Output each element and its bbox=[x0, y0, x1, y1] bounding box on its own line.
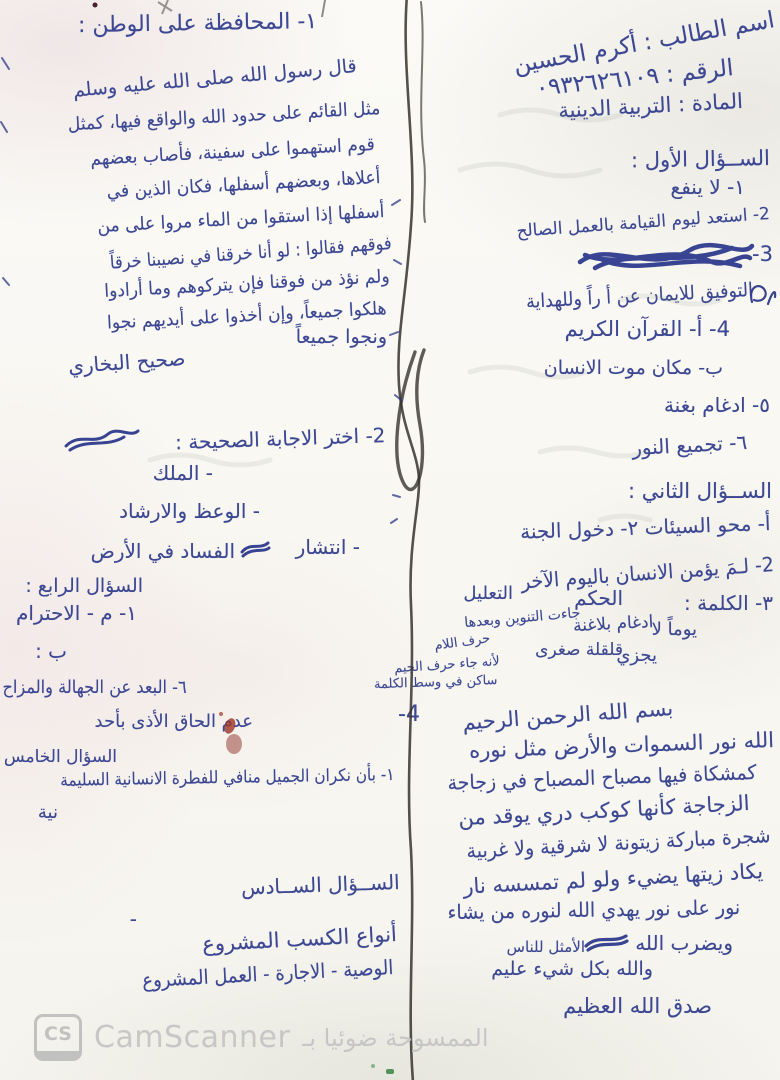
hadith-line: قوم استهموا على سفينة، فأصاب بعضهم bbox=[90, 135, 375, 170]
answer-option: - الملك bbox=[153, 462, 213, 484]
camscanner-logo-text: CS bbox=[44, 1023, 72, 1045]
handwriting-line: ١- م - الاحترام bbox=[16, 602, 137, 624]
topic-1-heading: ١- المحافظة على الوطن : bbox=[78, 10, 318, 38]
handwriting-line: 4- bbox=[398, 703, 420, 727]
tajweed-cell: ادغام بلاغنة bbox=[572, 613, 653, 636]
hadith-line: مثل القائم على حدود الله والواقع فيها، ك… bbox=[67, 99, 380, 135]
answer-option: - انتشار bbox=[296, 536, 360, 558]
hadith-source: صحيح البخاري bbox=[67, 347, 185, 377]
hadith-line: قال رسول الله صلى الله عليه وسلم bbox=[73, 56, 358, 102]
answer-option: الفساد في الأرض bbox=[91, 540, 235, 562]
tajweed-cell: ساكن في وسط الكلمة bbox=[373, 674, 497, 693]
camscanner-brand: CamScanner bbox=[94, 1020, 290, 1055]
camscanner-arabic-label: الممسوحة ضوئيا بـ bbox=[302, 1024, 488, 1052]
quran-verse-line: كمشكاة فيها مصباح المصباح في زجاجة bbox=[447, 761, 757, 794]
handwriting-line: - bbox=[130, 908, 137, 930]
handwriting-line: ٥- ادغام بغنة bbox=[664, 394, 770, 416]
question-2-heading: الســؤال الثاني : bbox=[628, 480, 772, 503]
tajweed-word-header: ٣- الكلمة : bbox=[684, 592, 773, 614]
tajweed-cell: جاءت التنوين وبعدها bbox=[463, 606, 580, 631]
handwriting-line: 2- لـمَ يؤمن الانسان باليوم الآخر bbox=[520, 553, 774, 593]
handwriting-line: 4- أ- القرآن الكريم bbox=[565, 318, 730, 341]
tajweed-cell: حرف اللام bbox=[433, 632, 491, 654]
question-5-heading: السؤال الخامس : bbox=[0, 748, 117, 767]
quran-verse-line: ويضرب الله bbox=[635, 932, 733, 954]
question-1-heading: الســؤال الأول : bbox=[631, 147, 770, 173]
handwriting-line: ١- لا ينفع bbox=[671, 176, 745, 198]
question-4-heading: السؤال الرابع : bbox=[25, 576, 143, 597]
handwriting-line: التوفيق للايمان عن أ راً وللهداية bbox=[526, 280, 754, 313]
handwriting-line: ٦- البعد عن الجهالة والمزاح bbox=[3, 678, 187, 698]
choose-answer-heading: 2- اختر الاجابة الصحيحة : bbox=[174, 424, 385, 453]
struck-word bbox=[586, 936, 627, 950]
camscanner-watermark: CS CamScanner الممسوحة ضوئيا بـ bbox=[34, 1014, 489, 1061]
handwriting-line: ١- بأن نكران الجميل منافي للفطرة الانسان… bbox=[61, 766, 396, 791]
handwriting-line: 2- استعد ليوم القيامة بالعمل الصالح bbox=[516, 205, 771, 241]
basmala-line: بسم الله الرحمن الرحيم bbox=[462, 697, 674, 735]
answer-option: - الوعظ والارشاد bbox=[119, 500, 260, 522]
struck-word-left bbox=[242, 543, 269, 556]
handwriting-line: أنواع الكسب المشروع bbox=[202, 923, 398, 956]
camscanner-logo-icon: CS bbox=[34, 1014, 82, 1061]
question-6-heading: الســؤال الســادس bbox=[241, 871, 400, 899]
tajweed-cell: يوماً لا bbox=[652, 620, 697, 640]
tajweed-cell: قلقلة صغرى bbox=[535, 641, 623, 660]
handwriting-line: عدم الحاق الأذى بأحد bbox=[95, 712, 254, 732]
tajweed-reason-header: التعليل bbox=[463, 584, 513, 604]
handwriting-line: نية bbox=[38, 803, 58, 823]
paper-crease-line bbox=[397, 0, 425, 1080]
handwriting-line: الوصية - الاجارة - العمل المشروع bbox=[141, 956, 393, 991]
tajweed-rule-header: الحكم bbox=[574, 587, 623, 609]
scanned-page: اسم الطالب : أكرم الحسينالرقم : ٠٩٣٢٦٢٦١… bbox=[0, 0, 780, 1080]
emphasis-scribble bbox=[66, 431, 138, 450]
hadith-line: أعلاها، وبعضهم أسفلها، فكان الذين في bbox=[106, 168, 381, 202]
handwriting-line: ٦- تجميع النور bbox=[632, 431, 748, 459]
handwriting-line: 3- bbox=[752, 243, 773, 266]
scribbled-out-answer-3 bbox=[580, 245, 752, 268]
closing-phrase: صدق الله العظيم bbox=[563, 995, 712, 1018]
quran-verse-line: نور على نور يهدي الله لنوره من يشاء bbox=[447, 896, 740, 923]
quran-verse-line: الله نور السموات والأرض مثل نوره bbox=[469, 729, 775, 763]
handwriting-line: أ- محو السيئات ٢- دخول الجنة bbox=[519, 512, 770, 543]
quran-verse-line: شجرة مباركة زيتونة لا شرقية ولا غربية bbox=[466, 824, 771, 862]
small-ink-mark bbox=[751, 286, 775, 304]
quran-verse-line: والله بكل شيء عليم bbox=[491, 959, 653, 980]
hadith-line: أسفلها إذا استقوا من الماء مروا على من bbox=[97, 202, 385, 237]
handwriting-line: ب- مكان موت الانسان bbox=[544, 358, 723, 379]
hadith-line: ولم نؤذ من فوقنا فإن يتركوهم وما أرادوا bbox=[104, 267, 390, 302]
quran-verse-line: يكاد زيتها يضيء ولو لم تمسسه نار bbox=[463, 860, 764, 899]
quran-verse-line: الأمثل للناس bbox=[507, 939, 585, 956]
quran-verse-line: الزجاجة كأنها كوكب دري يوقد من bbox=[458, 792, 750, 830]
handwriting-line: ب : bbox=[35, 640, 67, 662]
hadith-line: ونجوا جميعاً bbox=[296, 327, 387, 348]
